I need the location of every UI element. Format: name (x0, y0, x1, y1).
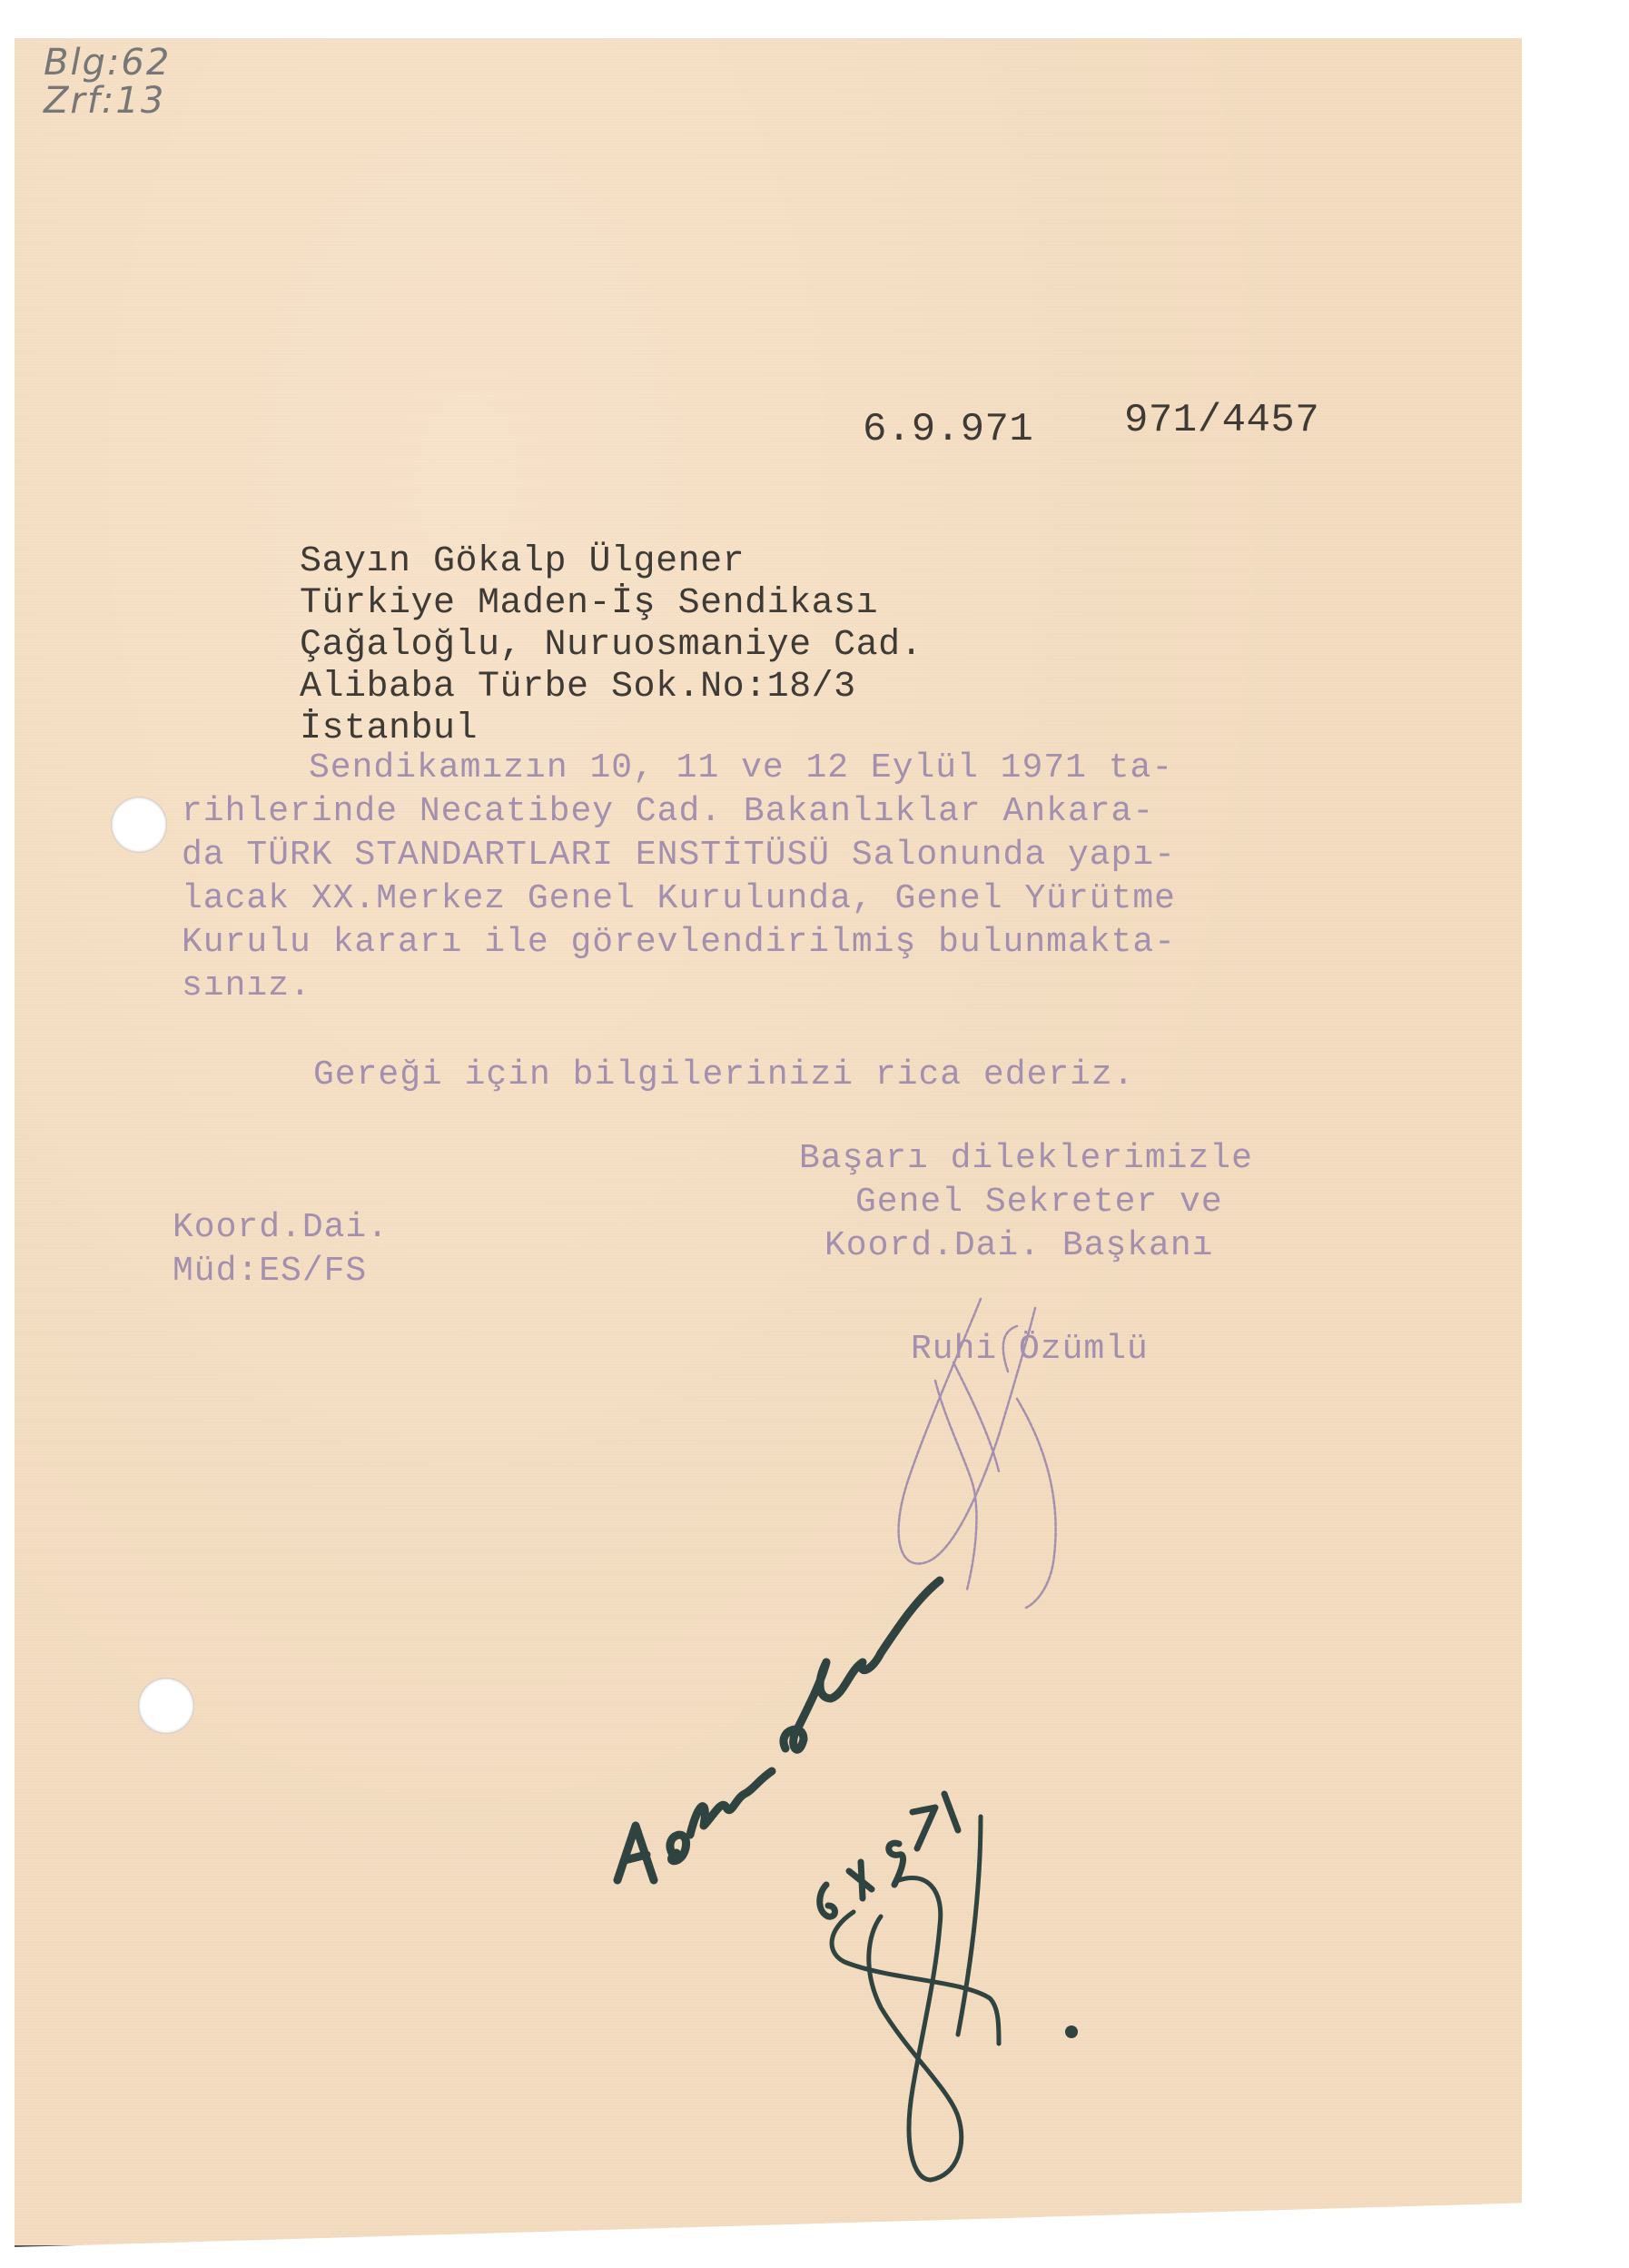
typist-initials: Müd:ES/FS (173, 1250, 389, 1293)
closing-salutation: Başarı dileklerimizle (799, 1137, 1253, 1181)
recipient-address: Sayın Gökalp Ülgener Türkiye Maden-İş Se… (300, 541, 923, 750)
reference-number: 971/4457 (1124, 398, 1319, 443)
closing-title-2: Koord.Dai. Başkanı (799, 1224, 1253, 1268)
archive-notes: Blg:62 Zrf:13 (44, 44, 171, 120)
body-paragraph-2: Gereği için bilgilerinizi rica ederiz. (313, 1054, 1135, 1097)
recipient-name: Sayın Gökalp Ülgener (300, 541, 923, 583)
body-line: Sendikamızın 10, 11 ve 12 Eylül 1971 ta- (182, 747, 1176, 790)
body-line: da TÜRK STANDARTLARI ENSTİTÜSÜ Salonunda… (182, 834, 1176, 877)
recipient-organization: Türkiye Maden-İş Sendikası (300, 583, 923, 625)
left-footer: Koord.Dai. Müd:ES/FS (173, 1206, 389, 1293)
archive-note-folder: Zrf:13 (44, 82, 171, 120)
letter-date: 6.9.971 (863, 407, 1033, 452)
closing-block: Başarı dileklerimizle Genel Sekreter ve … (799, 1137, 1253, 1268)
body-line: Kurulu kararı ile görevlendirilmiş bulun… (182, 921, 1176, 965)
punch-hole-bottom (138, 1678, 194, 1734)
recipient-city: İstanbul (300, 708, 923, 750)
archive-note-box: Blg:62 (44, 44, 171, 82)
body-paragraph-1: Sendikamızın 10, 11 ve 12 Eylül 1971 ta-… (182, 747, 1176, 1008)
department-code: Koord.Dai. (173, 1206, 389, 1250)
recipient-building: Alibaba Türbe Sok.No:18/3 (300, 667, 923, 708)
body-line: sınız. (182, 965, 1176, 1008)
body-line: lacak XX.Merkez Genel Kurulunda, Genel Y… (182, 877, 1176, 921)
punch-hole-top (111, 797, 167, 853)
body-line: rihlerinde Necatibey Cad. Bakanlıklar An… (182, 790, 1176, 834)
closing-title-1: Genel Sekreter ve (799, 1181, 1253, 1224)
handwritten-annotation (599, 1526, 1144, 2198)
recipient-street: Çağaloğlu, Nuruosmaniye Cad. (300, 625, 923, 667)
